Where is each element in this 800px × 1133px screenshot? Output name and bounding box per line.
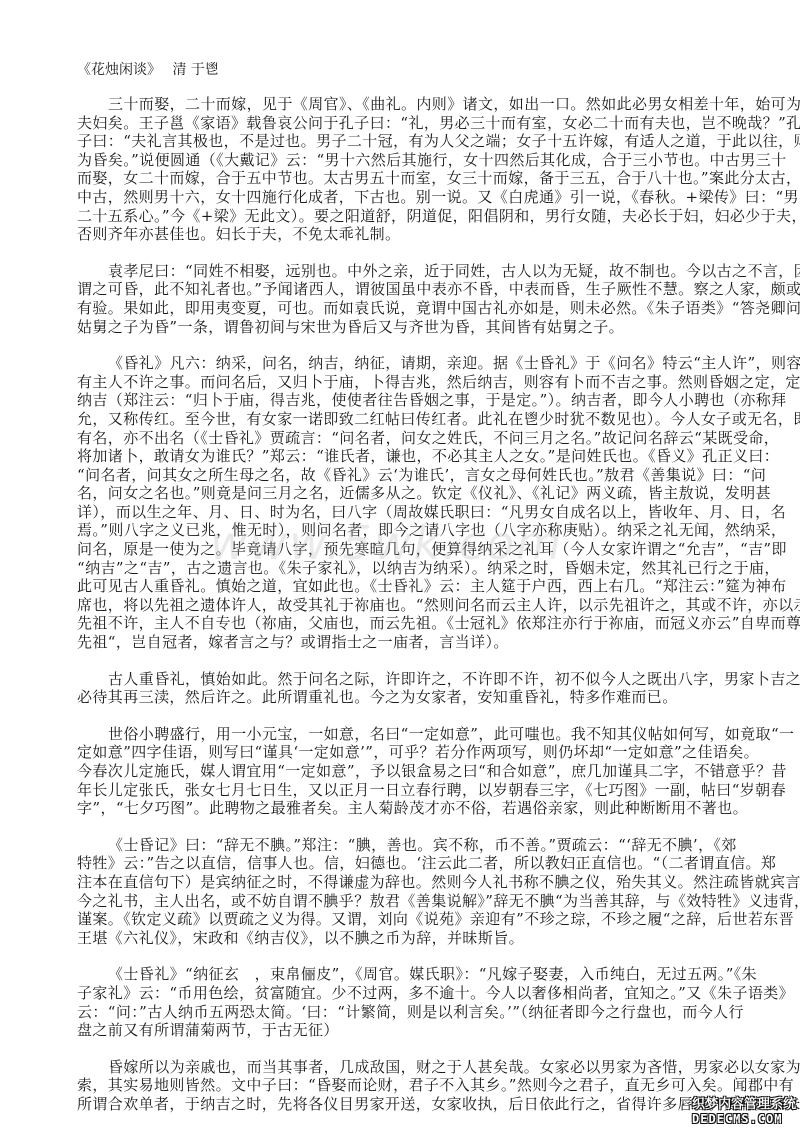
text-line: 《士昏记》曰：“辞无不腆。”郑注：“腆，善也。宾不称，币不善。”贾疏云：“‘辞无…	[77, 836, 737, 855]
text-line: 世俗小聘盛行，用一小元宝，一如意，名曰“一定如意”，此可嗤也。我不知其仪帖如何写…	[77, 725, 737, 744]
text-line: 有主人不许之事。而问名后，又归卜于庙，卜得吉兆，然后纳吉，则容有卜而不吉之事。然…	[77, 373, 737, 392]
text-line: 详），而以生之年、月、日、时为名，曰八字（周故媒氏职曰：“凡男女自成名以上，皆收…	[77, 503, 737, 522]
text-line: 盘之前又有所谓蒲菊两节，于古无征）	[77, 1021, 737, 1040]
document-body: 三十而娶，二十而嫁，见于《周官》、《曲礼。内则》诸文，如出一口。然如此必男女相差…	[77, 95, 737, 1114]
text-line: 焉。”则八字之义已兆，惟无时），则问名者，即今之请八字也（八字亦称庚贴）。纳采之…	[77, 521, 737, 540]
text-line: 子家礼》云：“币用色绘，贫富随宜。少不过两，多不逾十。今人以奢侈相尚者，宜知之。…	[77, 984, 737, 1003]
text-line: 昏嫁所以为亲戚也，而当其事者，几成敌国，财之于人甚矣哉。女家必以男家为吝惜，男家…	[77, 1058, 737, 1077]
paragraph: 《士昏记》曰：“辞无不腆。”郑注：“腆，善也。宾不称，币不善。”贾疏云：“‘辞无…	[77, 836, 737, 948]
text-line: 为昏矣。”说便圆通（《大戴记》云：“男十六然后其施行，女十四然后其化成，合于三小…	[77, 151, 737, 170]
text-line: 名，问女之名也。”则竟是问三月之名，近儒多从之。钦定《仪礼》、《礼记》两义疏，皆…	[77, 484, 737, 503]
logo-chinese-text: 织梦内容管理系统	[692, 1097, 800, 1112]
paragraph: 袁孝尼曰：“同姓不相娶，远别也。中外之亲，近于同姓，古人以为无疑，故不制也。今以…	[77, 262, 737, 336]
logo-english-text: DEDECMS.COM	[692, 1112, 800, 1126]
dedecms-logo[interactable]: 织梦内容管理系统 DEDECMS.COM	[692, 1097, 800, 1131]
text-line: 三十而娶，二十而嫁，见于《周官》、《曲礼。内则》诸文，如出一口。然如此必男女相差…	[77, 95, 737, 114]
text-line: 席也，将以先祖之遗体许人，故受其礼于祢庙也。“然则问名而云主人许，以示先祖许之，…	[77, 596, 737, 615]
text-line: 否则齐年亦甚佳也。妇长于夫，不免太乖礼制。	[77, 225, 737, 244]
text-line: 先祖不许，主人不自专也（祢庙，父庙也，而云先祖。《士冠礼》依郑注亦行于祢庙，而冠…	[77, 614, 737, 633]
text-line: 必待其再三渎，然后许之。此所谓重礼也。今之为女家者，安知重昏礼，特多作难而已。	[77, 688, 737, 707]
text-line: 所谓合欢单者，于纳吉之时，先将各仪目男家开送，女家收执，后日依此行之，省得许多唇…	[77, 1095, 737, 1114]
paragraph: 古人重昏礼，慎始如此。然于问名之际，许即许之，不许即不许，初不似今人之既出八字，…	[77, 670, 737, 707]
text-line: 特牲》云：”告之以直信，信事人也。信，妇德也。‘注云此二者，所以教妇正直信也。“…	[77, 854, 737, 873]
text-line: 中古，然则男十六，女十四施行化成者，下古也。别一说。又《白虎通》引一说，《春秋。…	[77, 188, 737, 207]
text-line: 允，又称传红。至今世，有女家一诺即致二红帖曰传红者。此礼在鬯少时犹不数见也）。今…	[77, 410, 737, 429]
text-line: “纳吉”之“吉”，古之遗言也。《朱子家礼》，以纳吉为纳采）。纳采之时，昏姻未定，…	[77, 559, 737, 578]
text-line: 定如意”四字佳语，则写曰“谨具‘一定如意’”，可乎？若分作两项写，则仍坏却“一定…	[77, 743, 737, 762]
text-line: 字”，“七夕巧图”。此聘物之最雅者矣。主人菊龄茂才亦不俗，若遇俗亲家，则此种断断…	[77, 799, 737, 818]
text-line: 纳吉（郑注云：“归卜于庙，得吉兆，使使者往告昏姻之事，于是定。”）。纳吉者，即今…	[77, 391, 737, 410]
text-line: 年长儿定张氏，张女七月七日生，又以正月一日立春行聘，以岁朝春三字，《七巧图》一副…	[77, 781, 737, 800]
paragraph: 《士昏礼》“纳征玄 ，束帛俪皮”，《周官。媒氏职》：“凡嫁子娶妻，入币纯白，无过…	[77, 965, 737, 1039]
text-line: 夫妇矣。王子邕《家语》载鲁哀公问于孔子曰：“礼，男必三十而有室，女必二十而有夫也…	[77, 114, 737, 133]
text-line: 问名，原是一使为之。毕竟请八字，预先寒暄几句，便算得纳采之礼耳（今人女家许谓之“…	[77, 540, 737, 559]
paragraph: 昏嫁所以为亲戚也，而当其事者，几成敌国，财之于人甚矣哉。女家必以男家为吝惜，男家…	[77, 1058, 737, 1114]
text-line: 子曰：“夫礼言其极也，不是过也。男子二十冠，有为人父之端；女子十五许嫁，有适人之…	[77, 132, 737, 151]
paragraph: 《昏礼》凡六：纳采，问名，纳吉，纳征，请期，亲迎。据《士昏礼》于《问名》特云“主…	[77, 354, 737, 652]
text-line: 谓之可昏，此不知礼者也。”予闻诸西人，谓彼国虽中表亦不昏，中表而昏，生子厥性不慧…	[77, 280, 737, 299]
text-line: 有名，亦不出名（《士昏礼》贾疏言：“问名者，问女之姓氏，不问三月之名。”故记问名…	[77, 429, 737, 448]
text-line: “问名者，问其女之所生母之名，故《昏礼》云‘为谁氏’，言女之母何姓氏也。”敖君《…	[77, 466, 737, 485]
text-line: 今春次儿定施氏，媒人谓宜用“一定如意”，予以银盒易之曰“和合如意”，庶几加谨具二…	[77, 762, 737, 781]
text-line: 《昏礼》凡六：纳采，问名，纳吉，纳征，请期，亲迎。据《士昏礼》于《问名》特云“主…	[77, 354, 737, 373]
text-line: 云：“问：”古人纳币五两恐太简。‘曰：“计繁简，则是以利言矣。’”（纳征者即今之…	[77, 1003, 737, 1022]
text-line: 将加诸卜，敢请女为谁氏？”郑云：“谁氏者，谦也，不必其主人之女。”是问姓氏也。《…	[77, 447, 737, 466]
text-line: 《士昏礼》“纳征玄 ，束帛俪皮”，《周官。媒氏职》：“凡嫁子娶妻，入币纯白，无过…	[77, 965, 737, 984]
text-line: 姑舅之子为昏”一条，谓鲁初间与宋世为昏后又与齐世为昏，其间皆有姑舅之子。	[77, 318, 737, 337]
text-line: 王堪《六礼仪》，宋政和《纳吉仪》，以不腆之币为辞，并昧斯旨。	[77, 929, 737, 948]
text-line: 谨案。《钦定义疏》以贾疏之义为得。又谓，刘向《说苑》亲迎有”不珍之琮，不珍之履“…	[77, 910, 737, 929]
text-line: 古人重昏礼，慎始如此。然于问名之际，许即许之，不许即不许，初不似今人之既出八字，…	[77, 670, 737, 689]
text-line: 此可见古人重昏礼。慎始之道，宜如此也。《士昏礼》云：主人筵于户西，西上右几。“郑…	[77, 577, 737, 596]
text-line: 而娶，女二十而嫁，合于五中节也。太古男五十而室，女三十而嫁，备于三五，合于八十也…	[77, 169, 737, 188]
text-line: 先祖“，岂自冠者，嫁者言之与？或谓指士之一庙者，言当详）。	[77, 633, 737, 652]
document-title: 《花烛闲谈》 清 于鬯	[77, 61, 737, 79]
text-line: 有验。果如此，即用夷变夏，可也。而如袁氏说，竟谓中国古礼亦如是，则未必然。《朱子…	[77, 299, 737, 318]
document-page: 《花烛闲谈》 清 于鬯 三十而娶，二十而嫁，见于《周官》、《曲礼。内则》诸文，如…	[77, 61, 737, 1132]
paragraph: 世俗小聘盛行，用一小元宝，一如意，名曰“一定如意”，此可嗤也。我不知其仪帖如何写…	[77, 725, 737, 818]
paragraph: 三十而娶，二十而嫁，见于《周官》、《曲礼。内则》诸文，如出一口。然如此必男女相差…	[77, 95, 737, 244]
text-line: 今之礼书，主人出名，或不妨自谓不腆乎？敖君《善集说解》”辞无不腆“为当善其辞，与…	[77, 892, 737, 911]
text-line: 袁孝尼曰：“同姓不相娶，远别也。中外之亲，近于同姓，古人以为无疑，故不制也。今以…	[77, 262, 737, 281]
text-line: 二十五系心。”今《+梁》无此文）。要之阳道舒，阴道促，阳倡阴和，男行女随，夫必长…	[77, 207, 737, 226]
text-line: 注本在直信句下）是宾纳征之时，不得谦虚为辞也。然则今人礼书称不腆之仪，殆失其义。…	[77, 873, 737, 892]
text-line: 索，其实易地则皆然。文中子曰：“昏娶而论财，君子不入其乡。”然则今之君子，直无乡…	[77, 1076, 737, 1095]
